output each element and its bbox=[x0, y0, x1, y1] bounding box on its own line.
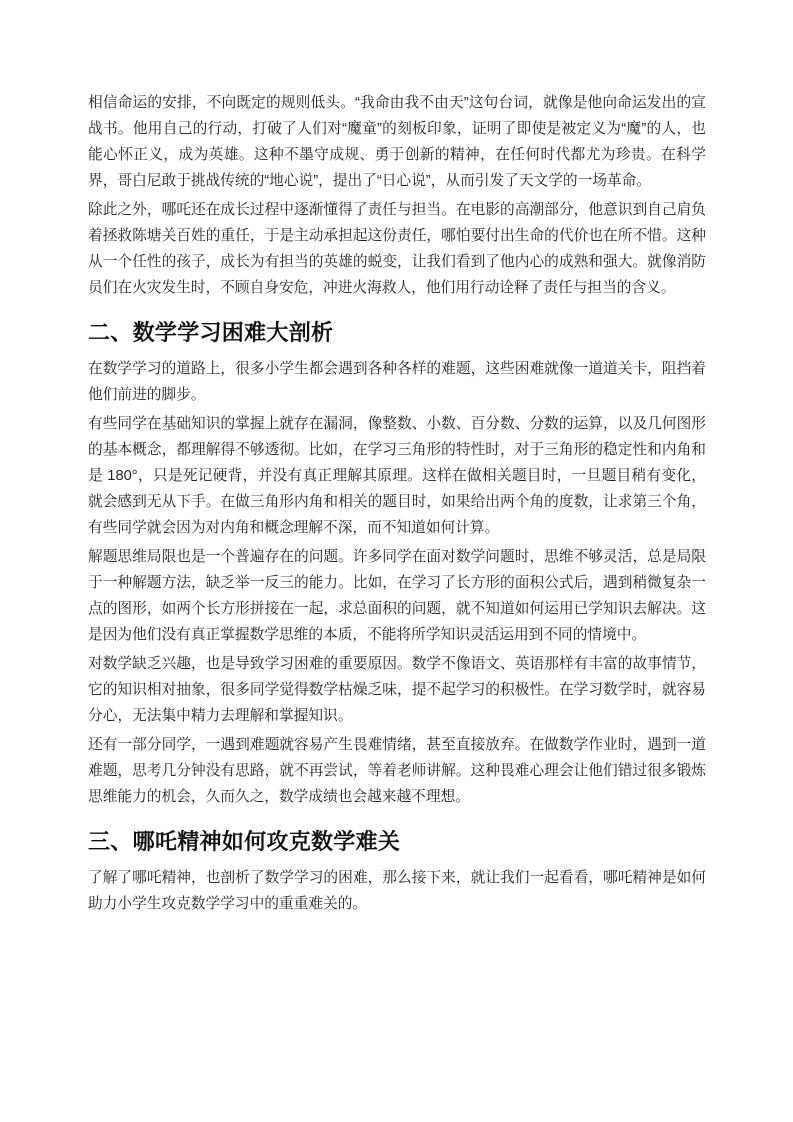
paragraph-difficulties-intro: 在数学学习的道路上，很多小学生都会遇到各种各样的难题，这些困难就像一道道关卡，阻… bbox=[88, 356, 706, 408]
paragraph-transition: 了解了哪吒精神，也剖析了数学学习的困难，那么接下来，就让我们一起看看，哪吒精神是… bbox=[88, 865, 706, 917]
section-heading-nezha-spirit-solutions: 三、哪吒精神如何攻克数学难关 bbox=[88, 826, 706, 857]
paragraph-nezha-destiny: 相信命运的安排，不向既定的规则低头。“我命由我不由天”这句台词，就像是他向命运发… bbox=[88, 90, 706, 194]
document-body: 相信命运的安排，不向既定的规则低头。“我命由我不由天”这句台词，就像是他向命运发… bbox=[88, 90, 706, 920]
paragraph-basic-knowledge-gaps: 有些同学在基础知识的掌握上就存在漏洞，像整数、小数、百分数、分数的运算，以及几何… bbox=[88, 411, 706, 541]
paragraph-limited-thinking: 解题思维局限也是一个普遍存在的问题。许多同学在面对数学问题时，思维不够灵活，总是… bbox=[88, 544, 706, 648]
paragraph-nezha-responsibility: 除此之外，哪吒还在成长过程中逐渐懂得了责任与担当。在电影的高潮部分，他意识到自己… bbox=[88, 197, 706, 301]
document-page: 相信命运的安排，不向既定的规则低头。“我命由我不由天”这句台词，就像是他向命运发… bbox=[0, 0, 793, 1122]
paragraph-fear-of-difficulty: 还有一部分同学，一遇到难题就容易产生畏难情绪，甚至直接放弃。在做数学作业时，遇到… bbox=[88, 732, 706, 810]
section-heading-math-difficulties: 二、数学学习困难大剖析 bbox=[88, 317, 706, 348]
paragraph-lack-of-interest: 对数学缺乏兴趣，也是导致学习困难的重要原因。数学不像语文、英语那样有丰富的故事情… bbox=[88, 651, 706, 729]
